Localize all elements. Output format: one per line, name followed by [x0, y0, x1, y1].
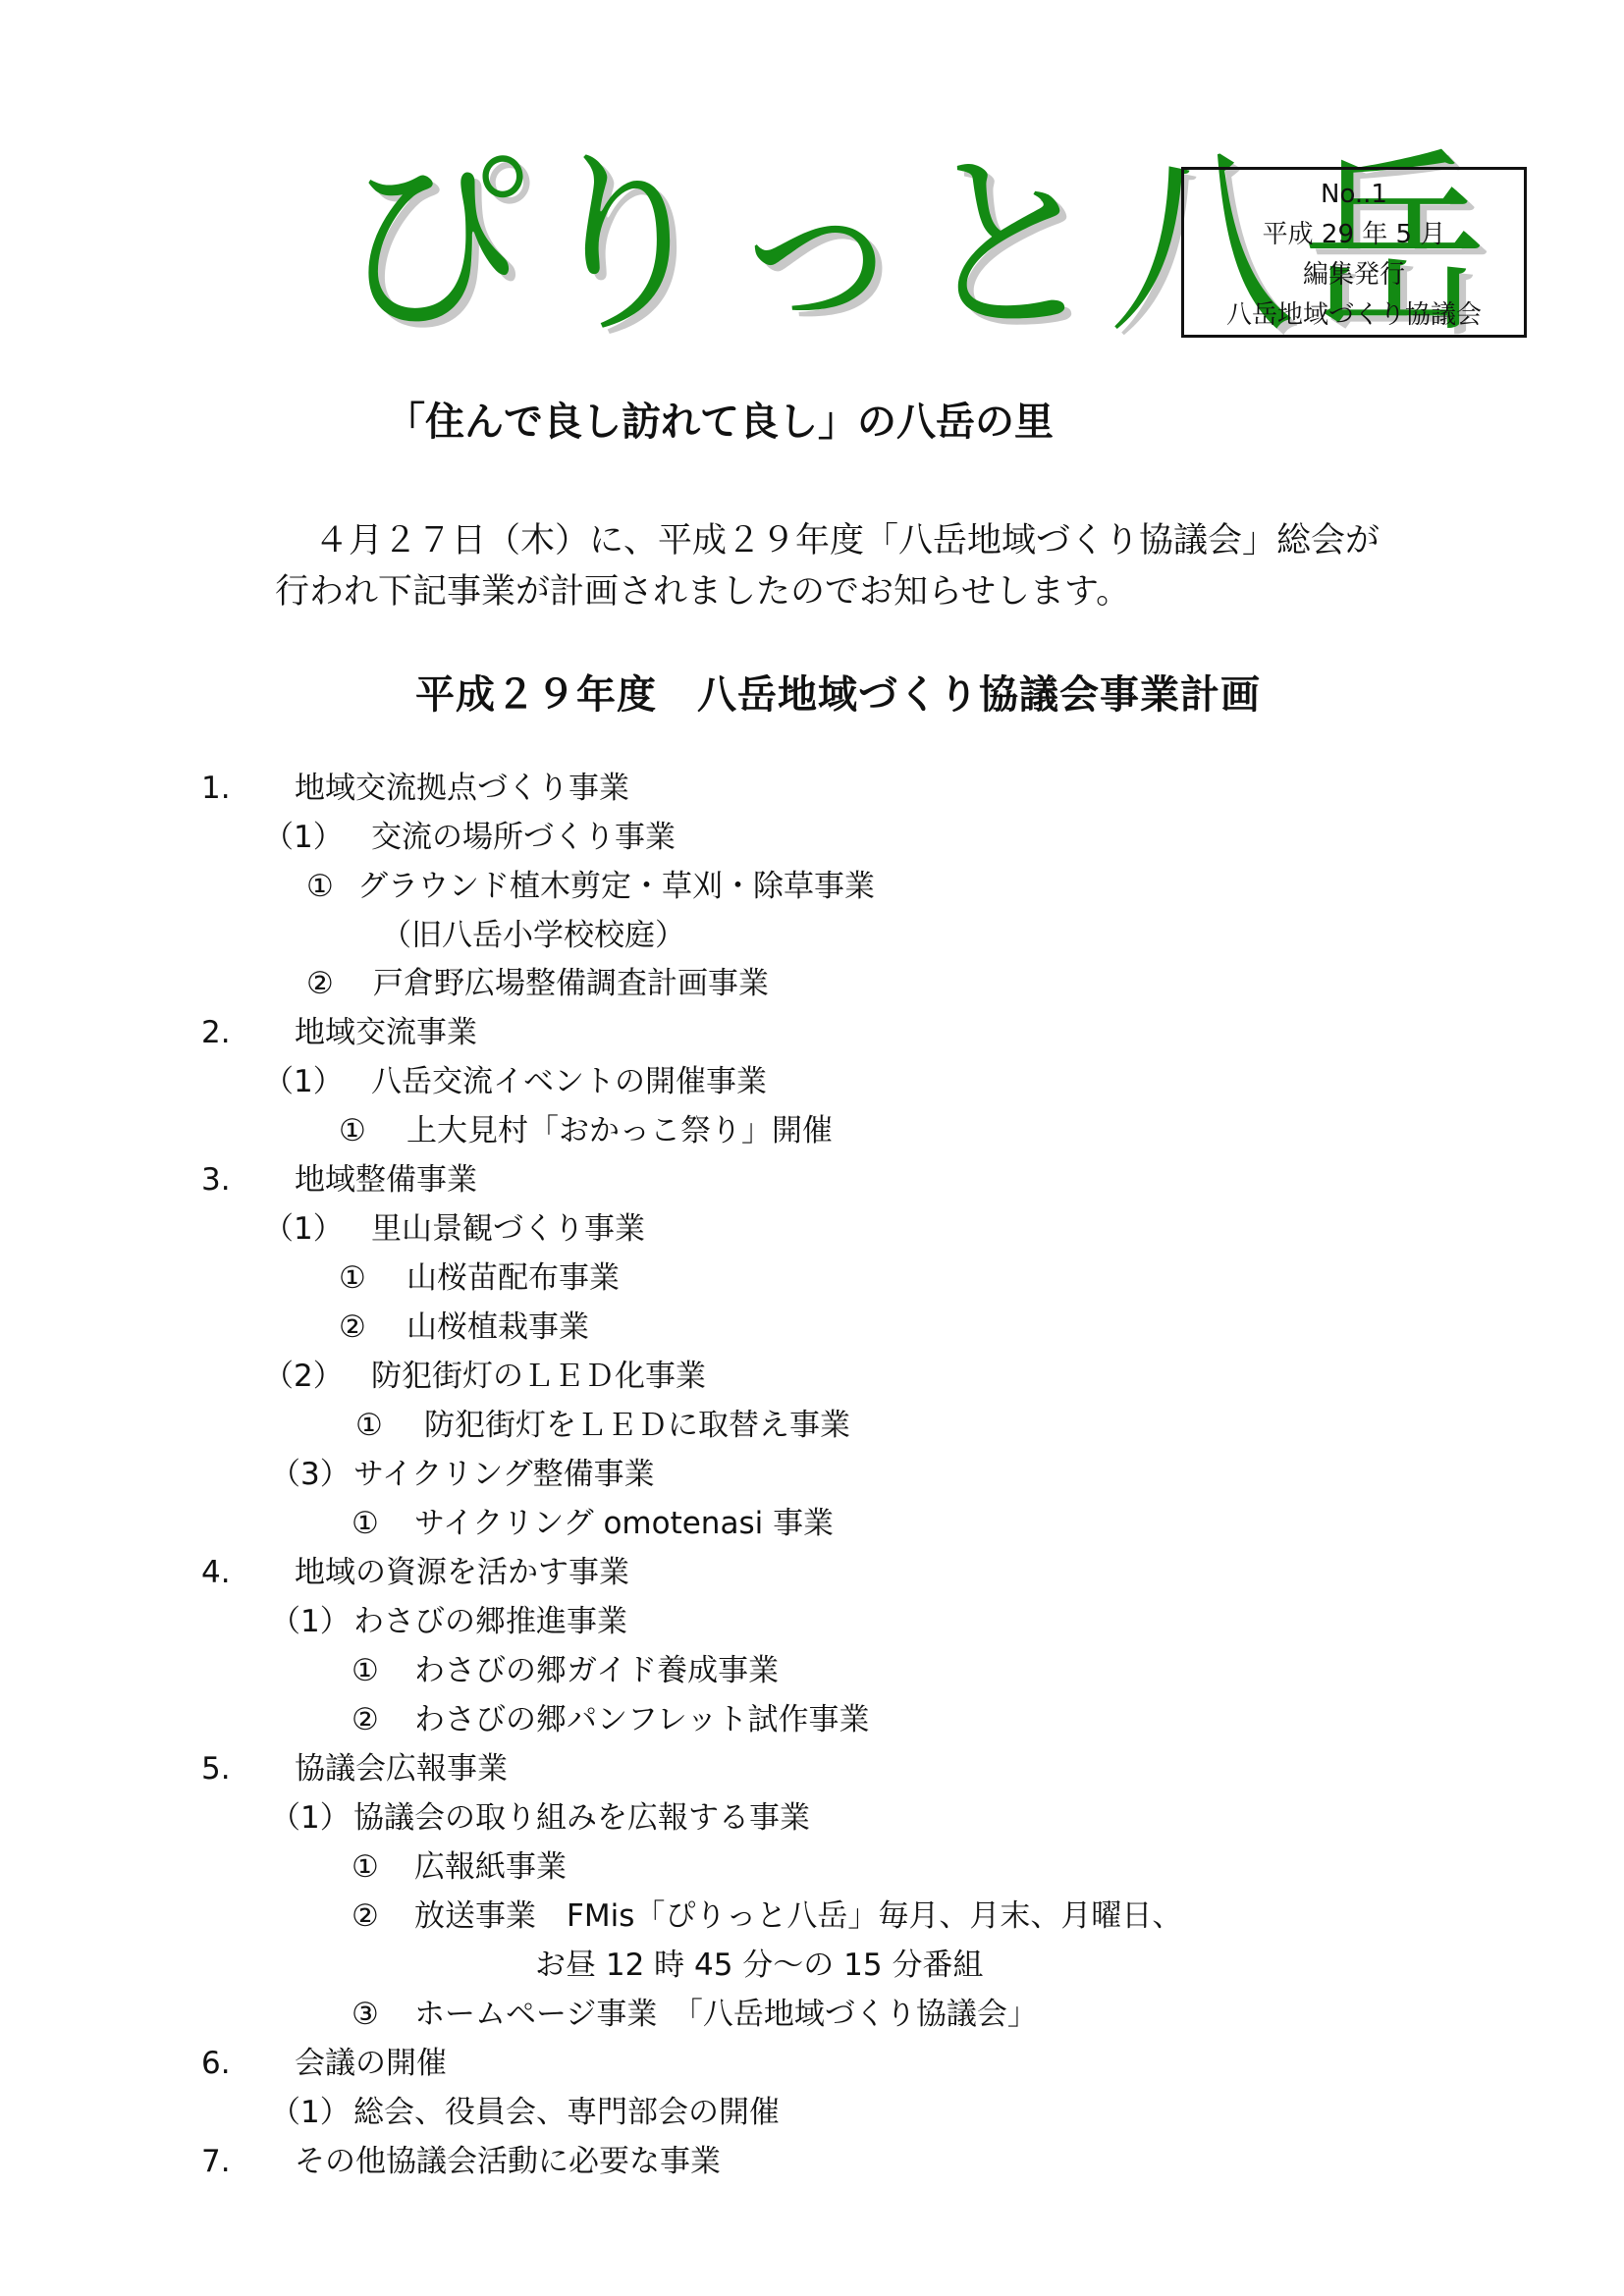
plan-item-level-3: 広報紙事業 — [414, 1845, 567, 1889]
plan-item-level-2: 交流の場所づくり事業 — [371, 816, 676, 859]
plan-item-marker: （1） — [270, 1796, 351, 1840]
plan-item-level-2: 総会、役員会、専門部会の開催 — [353, 2091, 780, 2134]
issue-publisher: 八岳地域づくり協議会 — [1184, 295, 1524, 336]
plan-item-level-1: その他協議会活動に必要な事業 — [295, 2140, 721, 2183]
plan-item-level-2: サイクリング整備事業 — [353, 1453, 655, 1496]
plan-item-level-1: 地域の資源を活かす事業 — [295, 1551, 629, 1594]
plan-item-level-3: 戸倉野広場整備調査計画事業 — [373, 962, 769, 1005]
plan-item-marker: ② — [352, 1698, 379, 1741]
plan-item-level-2: 八岳交流イベントの開催事業 — [371, 1060, 767, 1103]
plan-item-marker: （1） — [263, 1207, 344, 1251]
plan-item-marker: ③ — [352, 1993, 379, 2036]
plan-item-marker: 5. — [201, 1747, 231, 1790]
plan-item-marker: 4. — [201, 1551, 231, 1594]
plan-item-level-2: 里山景観づくり事業 — [371, 1207, 645, 1251]
issue-date: 平成 29 年 5 月 — [1184, 215, 1524, 255]
plan-item-level-3: グラウンド植木剪定・草刈・除草事業 — [357, 865, 875, 908]
plan-item-marker: （1） — [263, 816, 344, 859]
plan-item-marker: （1） — [270, 1600, 351, 1643]
plan-item-marker: 3. — [201, 1158, 231, 1201]
plan-item-marker: ① — [355, 1404, 383, 1447]
plan-item-marker: ② — [306, 962, 334, 1005]
plan-item-marker: ① — [352, 1845, 379, 1889]
plan-item-marker: 7. — [201, 2140, 231, 2183]
plan-item-marker: 6. — [201, 2042, 231, 2085]
plan-item-marker: ① — [339, 1256, 366, 1300]
plan-item-level-3: 放送事業 FMis「ぴりっと八岳」毎月、月末、月曜日、 — [414, 1895, 1182, 1938]
plan-item-marker: ① — [306, 865, 334, 908]
plan-item-marker: （3） — [270, 1453, 351, 1496]
plan-item-marker: ① — [352, 1502, 379, 1545]
plan-item-marker: （1） — [270, 2091, 351, 2134]
plan-item-level-2: 防犯街灯のＬＥＤ化事業 — [371, 1355, 706, 1398]
intro-paragraph: ４月２７日（木）に、平成２９年度「八岳地域づくり協議会」総会が 行われ下記事業が… — [275, 515, 1380, 617]
issue-info-box: No..1 平成 29 年 5 月 編集発行 八岳地域づくり協議会 — [1181, 167, 1527, 338]
issue-label: 編集発行 — [1184, 255, 1524, 295]
plan-item-level-3: サイクリング omotenasi 事業 — [414, 1502, 834, 1545]
plan-item-level-1: 会議の開催 — [295, 2042, 447, 2085]
plan-item-marker: （1） — [263, 1060, 344, 1103]
plan-item-marker: ② — [352, 1895, 379, 1938]
intro-line-1: ４月２７日（木）に、平成２９年度「八岳地域づくり協議会」総会が — [275, 515, 1380, 566]
plan-item-level-4: お昼 12 時 45 分～の 15 分番組 — [535, 1944, 983, 1987]
plan-item-level-3: わさびの郷ガイド養成事業 — [414, 1649, 779, 1692]
plan-item-level-3: わさびの郷パンフレット試作事業 — [414, 1698, 869, 1741]
plan-item-marker: （2） — [263, 1355, 344, 1398]
plan-item-marker: ① — [352, 1649, 379, 1692]
plan-item-level-2: 協議会の取り組みを広報する事業 — [353, 1796, 810, 1840]
subtitle: 「住んで良し訪れて良し」の八岳の里 — [386, 395, 1054, 450]
plan-item-marker: ① — [339, 1109, 366, 1152]
plan-item-level-1: 地域整備事業 — [295, 1158, 477, 1201]
plan-item-level-1: 地域交流拠点づくり事業 — [295, 767, 629, 810]
plan-item-level-1: 地域交流事業 — [295, 1011, 477, 1054]
plan-item-level-4: （旧八岳小学校校庭） — [381, 914, 685, 957]
plan-item-level-3: ホームページ事業 「八岳地域づくり協議会」 — [414, 1993, 1038, 2036]
plan-item-marker: ② — [339, 1306, 366, 1349]
plan-item-level-3: 山桜植栽事業 — [406, 1306, 589, 1349]
plan-item-level-1: 協議会広報事業 — [295, 1747, 508, 1790]
plan-item-marker: 2. — [201, 1011, 231, 1054]
plan-item-level-2: わさびの郷推進事業 — [353, 1600, 627, 1643]
intro-line-2: 行われ下記事業が計画されましたのでお知らせします。 — [275, 566, 1380, 617]
plan-item-level-3: 山桜苗配布事業 — [406, 1256, 620, 1300]
plan-item-marker: 1. — [201, 767, 231, 810]
plan-item-level-3: 上大見村「おかっこ祭り」開催 — [406, 1109, 833, 1152]
plan-title: 平成２９年度 八岳地域づくり協議会事業計画 — [415, 667, 1261, 722]
issue-number: No..1 — [1184, 175, 1524, 215]
plan-item-level-3: 防犯街灯をＬＥＤに取替え事業 — [424, 1404, 850, 1447]
